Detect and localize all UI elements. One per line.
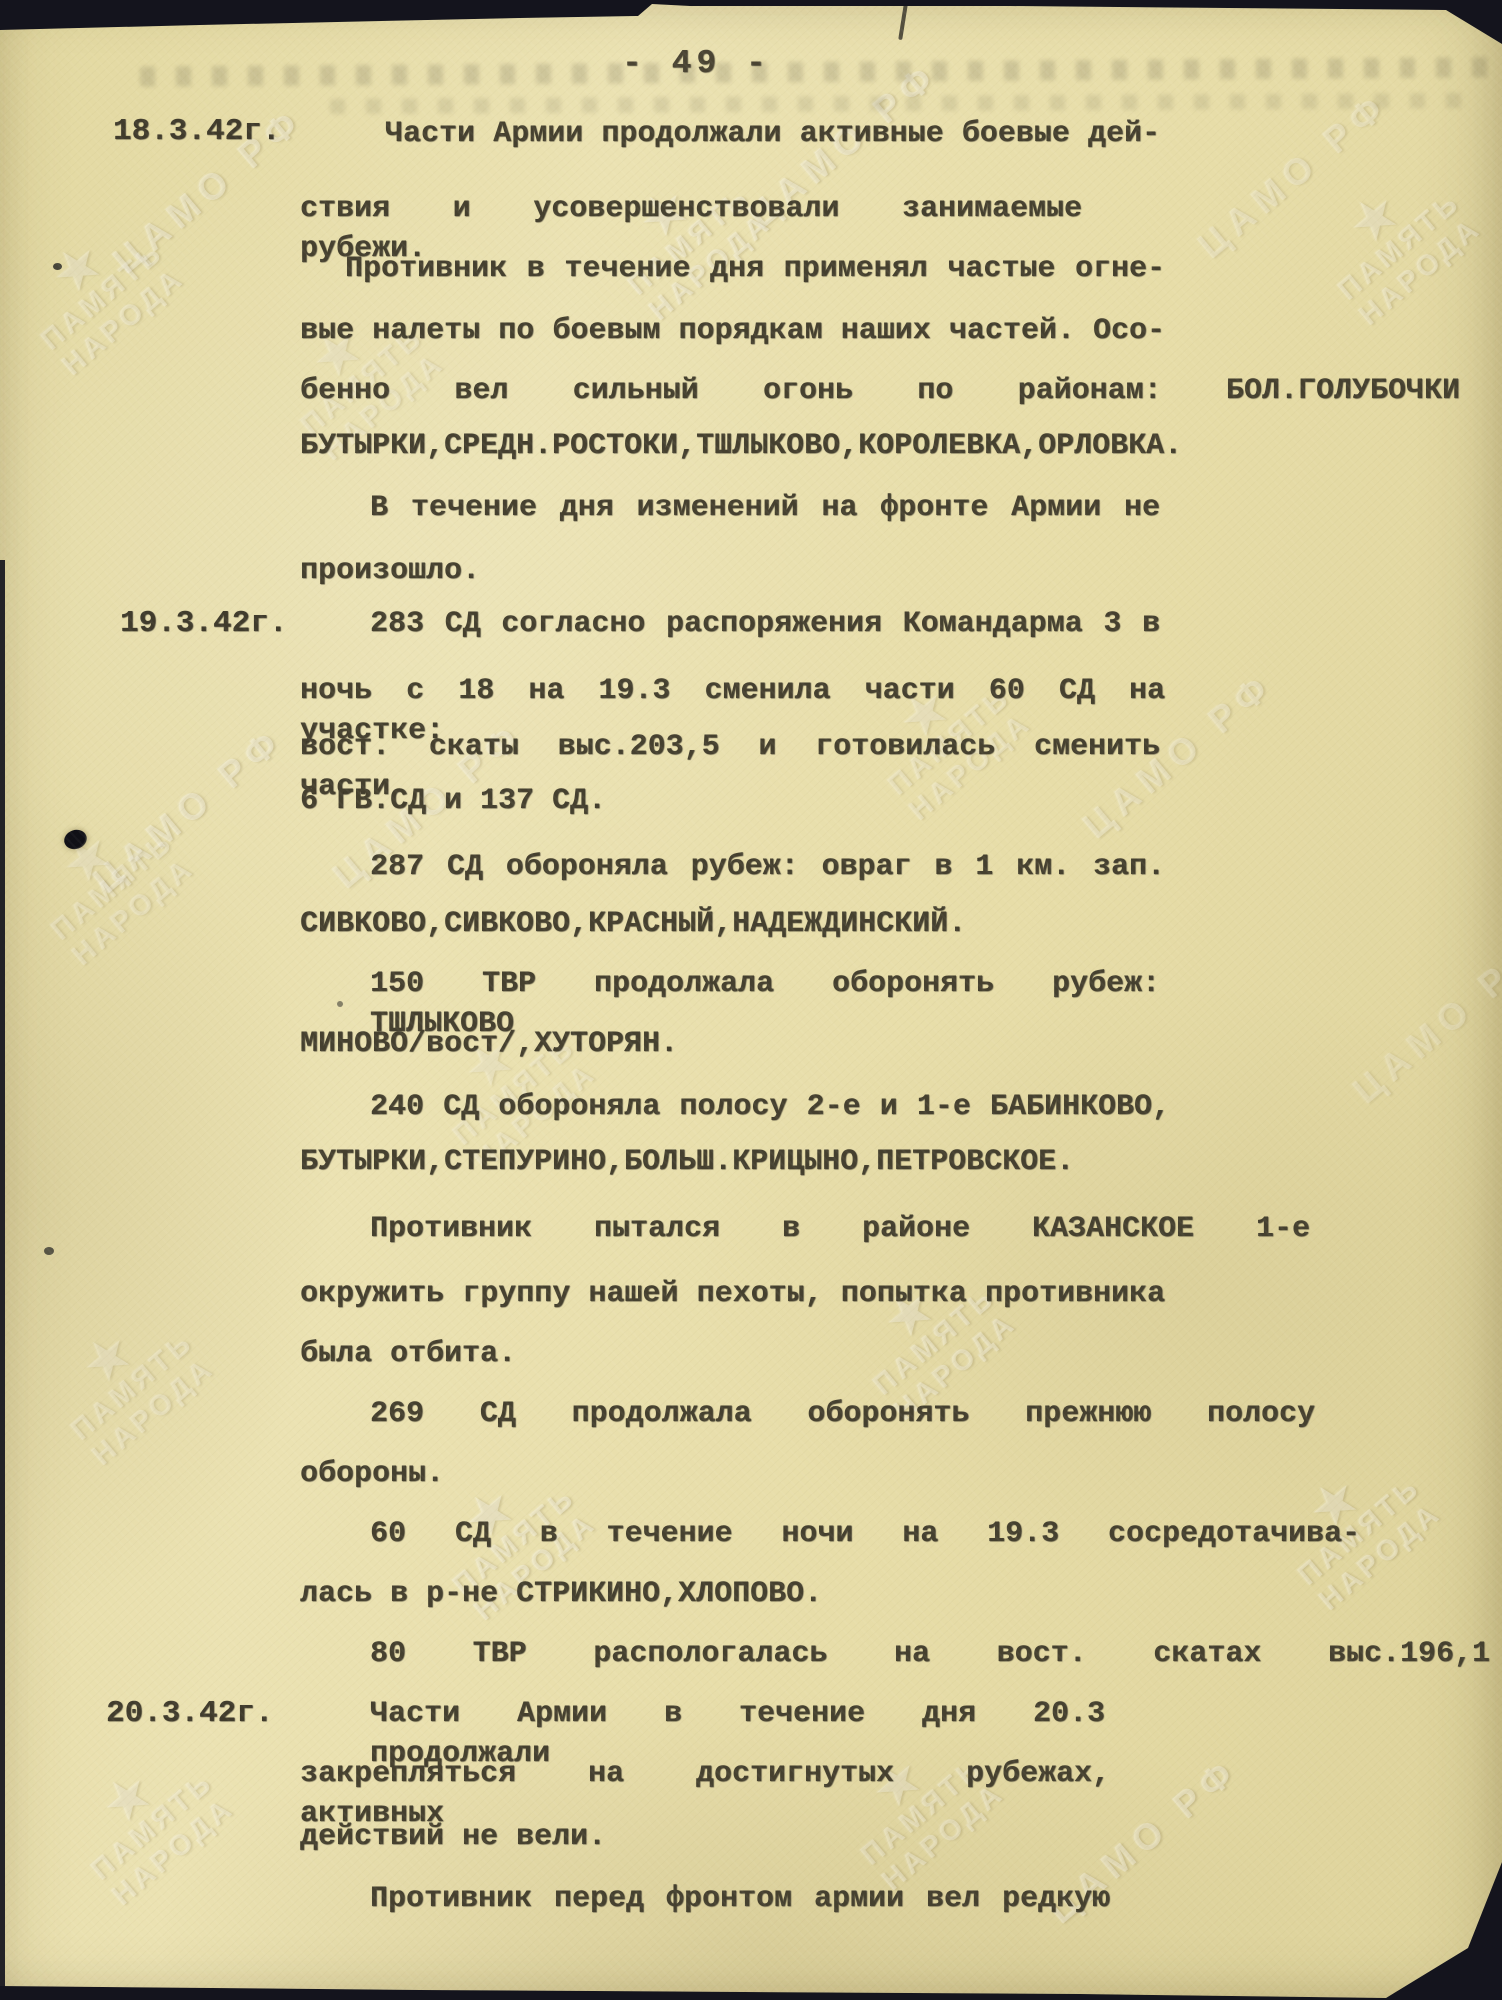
typewritten-line: СИВКОВО,СИВКОВО,КРАСНЫЙ,НАДЕЖДИНСКИЙ. [300, 904, 966, 944]
typewritten-line: 287 СД обороняла рубеж: овраг в 1 км. за… [370, 847, 1165, 887]
typewritten-line: 6 ГВ.СД и 137 СД. [300, 781, 606, 821]
typewritten-line: Противник в течение дня применял частые … [345, 249, 1165, 289]
typewritten-line: В течение дня изменений на фронте Армии … [370, 488, 1160, 528]
typewritten-line: 240 СД обороняла полосу 2-е и 1-е БАБИНК… [370, 1087, 1170, 1127]
typewritten-line: произошло. [300, 551, 480, 591]
typewritten-line: действий не вели. [300, 1817, 606, 1857]
document-page: ЦАМО РФЦАМО РФЦАМО РФЦАМО РФЦАМО РФЦАМО … [0, 0, 1502, 2000]
typewritten-line: 269 СД продолжала оборонять прежнюю поло… [370, 1394, 1315, 1434]
typewritten-line: БУТЫРКИ,СТЕПУРИНО,БОЛЬШ.КРИЦЫНО,ПЕТРОВСК… [300, 1142, 1074, 1182]
typewritten-line: обороны. [300, 1454, 444, 1494]
text-layer: Части Армии продолжали активные боевые д… [0, 0, 1502, 2000]
typewritten-line: Противник пытался в районе КАЗАНСКОЕ 1-е [370, 1209, 1310, 1249]
typewritten-line: вые налеты по боевым порядкам наших част… [300, 311, 1165, 351]
typewritten-line: БУТЫРКИ,СРЕДН.РОСТОКИ,ТШЛЫКОВО,КОРОЛЕВКА… [300, 426, 1182, 466]
ink-speck [44, 1247, 54, 1255]
typewritten-line: 80 ТВР распологалась на вост. скатах выс… [370, 1634, 1490, 1674]
typewritten-line: 60 СД в течение ночи на 19.3 сосредотачи… [370, 1514, 1360, 1554]
ink-speck [53, 263, 62, 270]
typewritten-line: МИНОВО/вост/,ХУТОРЯН. [300, 1024, 678, 1064]
typewritten-line: была отбита. [300, 1334, 516, 1374]
typewritten-line: окружить группу нашей пехоты, попытка пр… [300, 1274, 1165, 1314]
typewritten-line: лась в р-не СТРИКИНО,ХЛОПОВО. [300, 1574, 822, 1614]
typewritten-line: 283 СД согласно распоряжения Командарма … [370, 604, 1160, 644]
scan-background: ЦАМО РФЦАМО РФЦАМО РФЦАМО РФЦАМО РФЦАМО … [0, 0, 1502, 2000]
typewritten-line: Противник перед фронтом армии вел редкую [370, 1879, 1110, 1919]
typewritten-line: бенно вел сильный огонь по районам: БОЛ.… [300, 371, 1460, 411]
ink-speck [337, 1001, 343, 1007]
scan-edge-shadow [0, 560, 5, 1988]
typewritten-line: Части Армии продолжали активные боевые д… [385, 114, 1160, 154]
